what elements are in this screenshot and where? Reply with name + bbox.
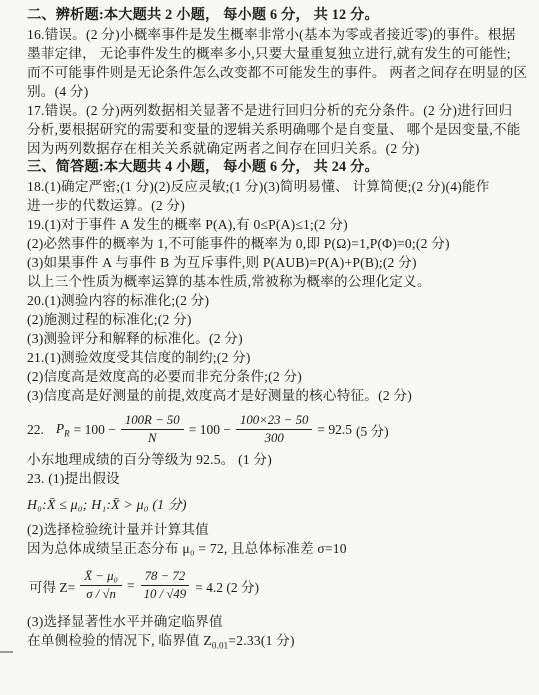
q20-line-3: (3)测验评分和解释的标准化。(2 分): [27, 329, 529, 348]
z-alpha-subscript: 0.01: [212, 641, 229, 651]
q22-frac2-denominator: 300: [261, 430, 288, 446]
formula-variable-pr: PR: [56, 421, 70, 439]
q17-line-3: 因为两列数据存在相关关系就确定两者之间存在回归关系。(2 分): [27, 139, 529, 158]
q22-frac1-numerator: 100R − 50: [121, 413, 184, 430]
z-formula-lead: 可得 Z=: [29, 576, 75, 596]
q23-hypothesis-line: H₀:X̄ ≤ μ₀; H₁:X̄ > μ₀ (1 分): [27, 495, 529, 514]
scan-artifact-line: [0, 651, 13, 653]
q23-critical-line: 在单侧检验的情况下, 临界值 Z0.01=2.33(1 分): [27, 631, 529, 656]
q17-line-1: 17.错误。(2 分)两列数据相关显著不是进行回归分析的充分条件。(2 分)进行…: [27, 101, 529, 120]
q22-fraction-general: 100R − 50 N: [121, 413, 184, 446]
z-frac2-denominator: 10 / √49: [140, 586, 191, 602]
q16-line-2: 墨菲定律， 无论事件发生的概率多小,只要大量重复独立进行,就有发生的可能性;: [27, 44, 529, 63]
z-fraction-general: X̄ − μ₀ σ / √n: [80, 569, 122, 602]
z-frac2-numerator: 78 − 72: [141, 569, 190, 586]
q16-line-3: 而不可能事件则是无论条件怎么改变都不可能发生的事件。 两者之间存在明显的区: [27, 63, 529, 82]
q19-line-1: 19.(1)对于事件 A 发生的概率 P(A),有 0≤P(A)≤1;(2 分): [27, 215, 529, 234]
q20-line-1: 20.(1)测验内容的标准化;(2 分): [27, 291, 529, 310]
q22-frac1-denominator: N: [144, 430, 161, 446]
q21-line-3: (3)信度高是好测量的前提,效度高才是好测量的核心特征。(2 分): [27, 386, 529, 405]
q22-percentile-formula: 22. PR = 100 − 100R − 50 N = 100 − 100×2…: [27, 413, 529, 446]
q17-line-2: 分析,要根据研究的需要和变量的逻辑关系明确哪个是自变量、 哪个是因变量,不能: [27, 120, 529, 139]
section-2-heading: 二、辨析题:本大题共 2 小题， 每小题 6 分， 共 12 分。: [27, 6, 529, 25]
q18-line-2: 进一步的代数运算。(2 分): [27, 196, 529, 215]
q23-step3: (3)选择显著性水平并确定临界值: [27, 612, 529, 631]
q22-eq1: = 100 −: [74, 422, 116, 438]
section-3-heading: 三、简答题:本大题共 4 小题， 每小题 6 分， 共 24 分。: [27, 158, 529, 177]
document-page: 二、辨析题:本大题共 2 小题， 每小题 6 分， 共 12 分。 16.错误。…: [0, 0, 539, 695]
q19-line-3: (3)如果事件 A 与事件 B 为互斥事件,则 P(AUB)=P(A)+P(B)…: [27, 253, 529, 272]
critical-post: =2.33(1 分): [228, 633, 294, 648]
q21-line-2: (2)信度高是效度高的必要而非充分条件;(2 分): [27, 367, 529, 386]
q22-fraction-values: 100×23 − 50 300: [236, 413, 312, 446]
z-result: = 4.2 (2 分): [195, 576, 259, 596]
z-eq: =: [127, 578, 135, 594]
q20-line-2: (2)施测过程的标准化;(2 分): [27, 310, 529, 329]
q22-eq2: = 100 −: [189, 422, 231, 438]
q22-number: 22.: [27, 422, 44, 438]
q22-result: = 92.5: [317, 422, 352, 438]
q22-score: (5 分): [356, 420, 389, 440]
pr-subscript: R: [64, 428, 70, 438]
q16-line-4: 别。(4 分): [27, 82, 529, 101]
z-frac1-denominator: σ / √n: [82, 586, 120, 602]
q23-z-formula: 可得 Z= X̄ − μ₀ σ / √n = 78 − 72 10 / √49 …: [27, 569, 529, 602]
q18-line-1: 18.(1)确定严密;(1 分)(2)反应灵敏;(1 分)(3)简明易懂、 计算…: [27, 177, 529, 196]
q21-line-1: 21.(1)测验效度受其信度的制约;(2 分): [27, 348, 529, 367]
q16-line-1: 16.错误。(2 分)小概率事件是发生概率非常小(基本为零或者接近零)的事件。根…: [27, 25, 529, 44]
q19-line-2: (2)必然事件的概率为 1,不可能事件的概率为 0,即 P(Ω)=1,P(Φ)=…: [27, 234, 529, 253]
q23-step2: (2)选择检验统计量并计算其值: [27, 520, 529, 539]
q22-result-line: 小东地理成绩的百分等级为 92.5。 (1 分): [27, 450, 529, 469]
q23-step1: 23. (1)提出假设: [27, 469, 529, 488]
q19-line-4: 以上三个性质为概率运算的基本性质,常被称为概率的公理化定义。: [27, 272, 529, 291]
q22-frac2-numerator: 100×23 − 50: [236, 413, 312, 430]
critical-pre: 在单侧检验的情况下, 临界值 Z: [27, 633, 212, 648]
z-frac1-numerator: X̄ − μ₀: [80, 569, 122, 586]
z-fraction-values: 78 − 72 10 / √49: [140, 569, 191, 602]
q23-premise-line: 因为总体成绩呈正态分布 μ₀ = 72, 且总体标准差 σ=10: [27, 539, 529, 558]
